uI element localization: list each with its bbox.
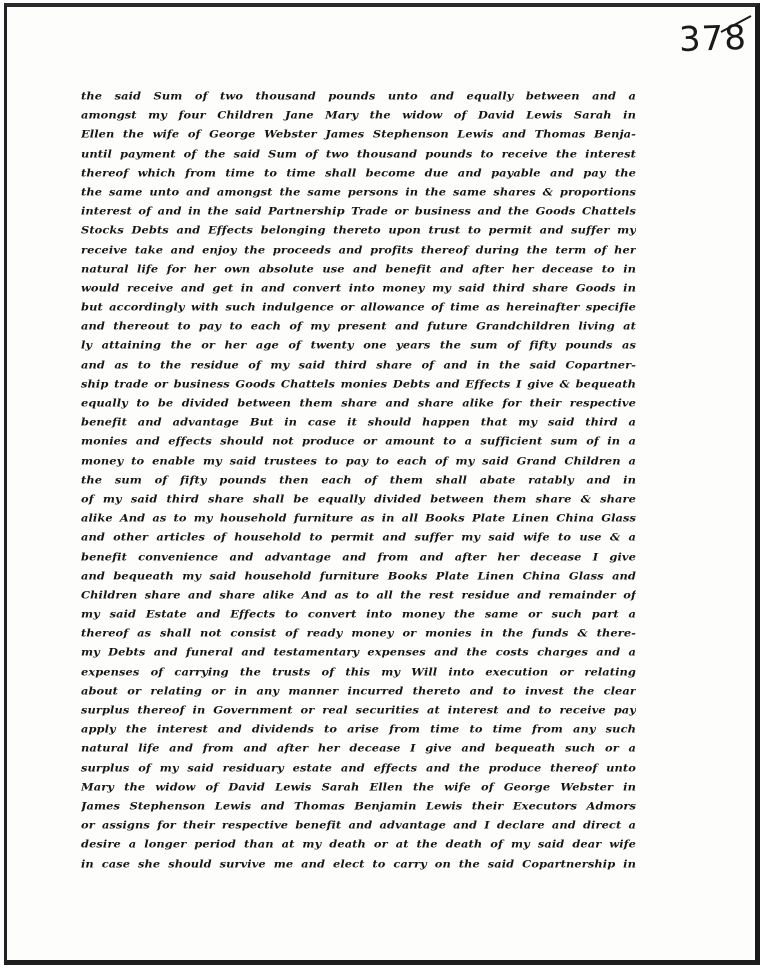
manuscript-line: natural life for her own absolute use an… [81, 260, 636, 278]
manuscript-line: thereof as shall not consist of ready mo… [81, 625, 636, 643]
manuscript-line: the said Sum of two thousand pounds unto… [81, 88, 636, 106]
manuscript-line: and thereout to pay to each of my presen… [81, 318, 636, 336]
manuscript-line: surplus thereof in Government or real se… [81, 702, 636, 720]
manuscript-line: Ellen the wife of George Webster James S… [81, 126, 636, 144]
manuscript-line: Children share and share alike And as to… [81, 587, 636, 605]
manuscript-line: or assigns for their respective benefit … [81, 817, 636, 835]
manuscript-line: James Stephenson Lewis and Thomas Benjam… [81, 798, 636, 816]
manuscript-line: would receive and get in and convert int… [81, 280, 636, 298]
manuscript-line: expenses of carrying the trusts of this … [81, 663, 636, 681]
manuscript-line: and bequeath my said household furniture… [81, 567, 636, 585]
manuscript-line: equally to be divided between them share… [81, 395, 636, 413]
manuscript-line: monies and effects should not produce or… [81, 433, 636, 451]
manuscript-line: Stocks Debts and Effects belonging there… [81, 222, 636, 240]
manuscript-line: benefit convenience and advantage and fr… [81, 548, 636, 566]
manuscript-line: surplus of my said residuary estate and … [81, 759, 636, 777]
manuscript-line: desire a longer period than at my death … [81, 836, 636, 854]
manuscript-line: Mary the widow of David Lewis Sarah Elle… [81, 779, 636, 797]
manuscript-line: about or relating or in any manner incur… [81, 683, 636, 701]
manuscript-line: in case she should survive me and elect … [81, 855, 636, 873]
manuscript-line: of my said third share shall be equally … [81, 491, 636, 509]
manuscript-line: the sum of fifty pounds then each of the… [81, 472, 636, 490]
manuscript-line: apply the interest and dividends to aris… [81, 721, 636, 739]
manuscript-page: 378 the said Sum of two thousand pounds … [4, 3, 760, 965]
manuscript-line: benefit and advantage But in case it sho… [81, 414, 636, 432]
manuscript-line: receive take and enjoy the proceeds and … [81, 241, 636, 259]
manuscript-line: until payment of the said Sum of two tho… [81, 145, 636, 163]
manuscript-line: thereof which from time to time shall be… [81, 165, 636, 183]
manuscript-line: the same unto and amongst the same perso… [81, 184, 636, 202]
manuscript-line: and as to the residue of my said third s… [81, 356, 636, 374]
manuscript-line: interest of and in the said Partnership … [81, 203, 636, 221]
manuscript-line: alike And as to my household furniture a… [81, 510, 636, 528]
manuscript-line: natural life and from and after her dece… [81, 740, 636, 758]
manuscript-line: my said Estate and Effects to convert in… [81, 606, 636, 624]
manuscript-line: money to enable my said trustees to pay … [81, 452, 636, 470]
manuscript-line: ly attaining the or her age of twenty on… [81, 337, 636, 355]
manuscript-line: amongst my four Children Jane Mary the w… [81, 107, 636, 125]
handwritten-text-block: the said Sum of two thousand pounds unto… [81, 87, 636, 874]
manuscript-line: and other articles of household to permi… [81, 529, 636, 547]
manuscript-line: but accordingly with such indulgence or … [81, 299, 636, 317]
manuscript-line: ship trade or business Goods Chattels mo… [81, 376, 636, 394]
manuscript-line: my Debts and funeral and testamentary ex… [81, 644, 636, 662]
